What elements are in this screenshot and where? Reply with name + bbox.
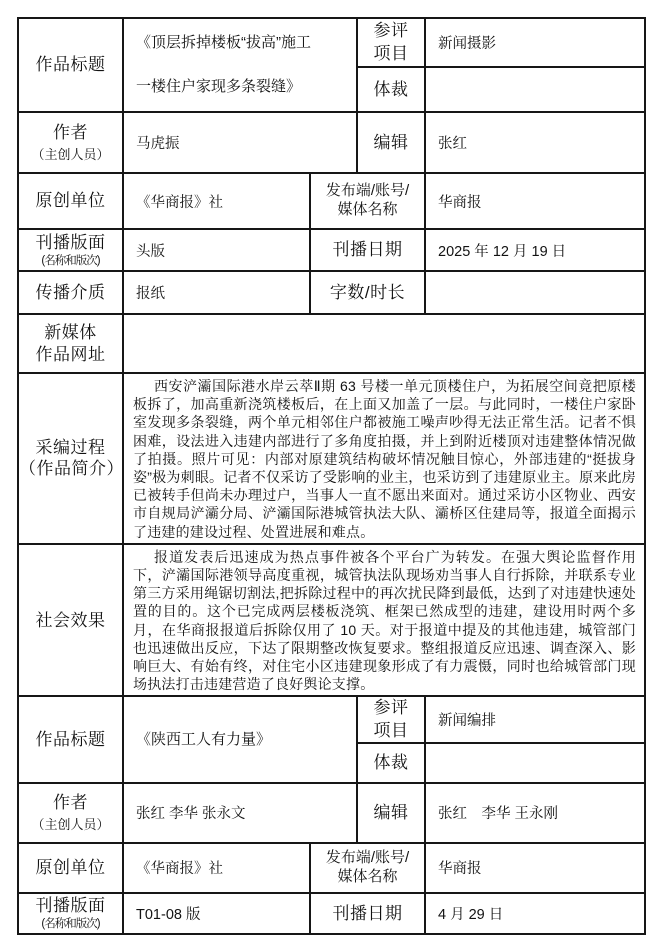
process-label-line2-b1: （作品简介） — [19, 458, 122, 479]
field-value-url-b1 — [123, 314, 645, 373]
field-label-unit-b2: 原创单位 — [18, 843, 123, 893]
field-value-unit-b1: 《华商报》社 — [123, 173, 310, 229]
field-value-length-b1 — [425, 271, 645, 314]
field-value-date-b2: 4 月 29 日 — [425, 893, 645, 934]
field-label-title-b2: 作品标题 — [18, 696, 123, 782]
field-value-medium-b1: 报纸 — [123, 271, 310, 314]
page-label-text-b1: 刊播版面 — [19, 232, 122, 253]
field-value-platform-b2: 华商报 — [425, 843, 645, 893]
field-label-date-b1: 刊播日期 — [310, 229, 425, 271]
field-value-date-b1: 2025 年 12 月 19 日 — [425, 229, 645, 271]
process-paragraph-b1: 西安浐灞国际港水岸云萃Ⅱ期 63 号楼一单元顶楼住户，为拓展空间竟把原楼板拆了，… — [133, 377, 636, 541]
field-label-effect-b1: 社会效果 — [18, 544, 123, 697]
platform-label-line1-b2: 发布端/账号/ — [311, 849, 424, 868]
field-label-genre-b1: 体裁 — [357, 67, 425, 112]
platform-label-line2-b1: 媒体名称 — [311, 201, 424, 220]
platform-label-line1-b1: 发布端/账号/ — [311, 182, 424, 201]
effect-paragraph-b1: 报道发表后迅速成为热点事件被各个平台广为转发。在强大舆论监督作用下，浐灞国际港领… — [133, 548, 636, 694]
field-label-author-b1: 作者 （主创人员） — [18, 112, 123, 173]
field-value-genre-b1 — [425, 67, 645, 112]
field-value-author-b1: 马虎振 — [123, 112, 357, 173]
field-value-author-b2: 张红 李华 张永文 — [123, 783, 357, 843]
field-label-date-b2: 刊播日期 — [310, 893, 425, 934]
field-value-title-b1: 《顶层拆掉楼板“拔高”施工 一楼住户家现多条裂缝》 — [123, 18, 357, 112]
field-value-category-b2: 新闻编排 — [425, 696, 645, 742]
title-line2-b1: 一楼住户家现多条裂缝》 — [136, 78, 350, 96]
field-value-editor-b2: 张红 李华 王永刚 — [425, 783, 645, 843]
title-label-text-b2: 作品标题 — [36, 730, 106, 749]
field-label-title-b1: 作品标题 — [18, 18, 123, 112]
category-label-text-b1: 参评项目 — [369, 20, 413, 64]
category-label-text-b2: 参评项目 — [369, 697, 413, 741]
url-label-line2-b1: 作品网址 — [19, 344, 122, 365]
process-label-line1-b1: 采编过程 — [19, 437, 122, 458]
page-sublabel-text-b1: (名称和版次) — [19, 254, 122, 268]
page-label-text-b2: 刊播版面 — [19, 895, 122, 916]
author-sublabel-text-b1: （主创人员） — [19, 147, 122, 163]
field-value-unit-b2: 《华商报》社 — [123, 843, 310, 893]
field-label-page-b2: 刊播版面 (名称和版次) — [18, 893, 123, 934]
field-label-url-b1: 新媒体 作品网址 — [18, 314, 123, 373]
entry-form-table: 作品标题 《顶层拆掉楼板“拔高”施工 一楼住户家现多条裂缝》 参评项目 新闻摄影… — [17, 17, 646, 935]
field-label-editor-b1: 编辑 — [357, 112, 425, 173]
field-label-genre-b2: 体裁 — [357, 743, 425, 783]
author-label-text-b2: 作者 — [19, 792, 122, 813]
field-value-editor-b1: 张红 — [425, 112, 645, 173]
field-value-effect-b1: 报道发表后迅速成为热点事件被各个平台广为转发。在强大舆论监督作用下，浐灞国际港领… — [123, 544, 645, 697]
field-value-title-b2: 《陕西工人有力量》 — [123, 696, 357, 782]
field-value-page-b1: 头版 — [123, 229, 310, 271]
field-value-process-b1: 西安浐灞国际港水岸云萃Ⅱ期 63 号楼一单元顶楼住户，为拓展空间竟把原楼板拆了，… — [123, 373, 645, 544]
field-label-category-b1: 参评项目 — [357, 18, 425, 67]
page-sublabel-text-b2: (名称和版次) — [19, 917, 122, 931]
field-label-category-b2: 参评项目 — [357, 696, 425, 742]
field-value-category-b1: 新闻摄影 — [425, 18, 645, 67]
field-label-medium-b1: 传播介质 — [18, 271, 123, 314]
field-value-platform-b1: 华商报 — [425, 173, 645, 229]
field-label-process-b1: 采编过程 （作品简介） — [18, 373, 123, 544]
author-sublabel-text-b2: （主创人员） — [19, 817, 122, 833]
field-label-length-b1: 字数/时长 — [310, 271, 425, 314]
platform-label-line2-b2: 媒体名称 — [311, 868, 424, 887]
field-label-unit-b1: 原创单位 — [18, 173, 123, 229]
field-value-genre-b2 — [425, 743, 645, 783]
field-label-platform-b1: 发布端/账号/ 媒体名称 — [310, 173, 425, 229]
award-entry-form-page: 作品标题 《顶层拆掉楼板“拔高”施工 一楼住户家现多条裂缝》 参评项目 新闻摄影… — [0, 0, 661, 936]
field-label-page-b1: 刊播版面 (名称和版次) — [18, 229, 123, 271]
field-value-page-b2: T01-08 版 — [123, 893, 310, 934]
field-label-author-b2: 作者 （主创人员） — [18, 783, 123, 843]
title-line1-b2: 《陕西工人有力量》 — [136, 731, 350, 749]
author-label-text-b1: 作者 — [19, 122, 122, 143]
field-label-platform-b2: 发布端/账号/ 媒体名称 — [310, 843, 425, 893]
title-label-text-b1: 作品标题 — [36, 55, 106, 74]
title-line1-b1: 《顶层拆掉楼板“拔高”施工 — [136, 34, 350, 52]
url-label-line1-b1: 新媒体 — [19, 322, 122, 343]
field-label-editor-b2: 编辑 — [357, 783, 425, 843]
